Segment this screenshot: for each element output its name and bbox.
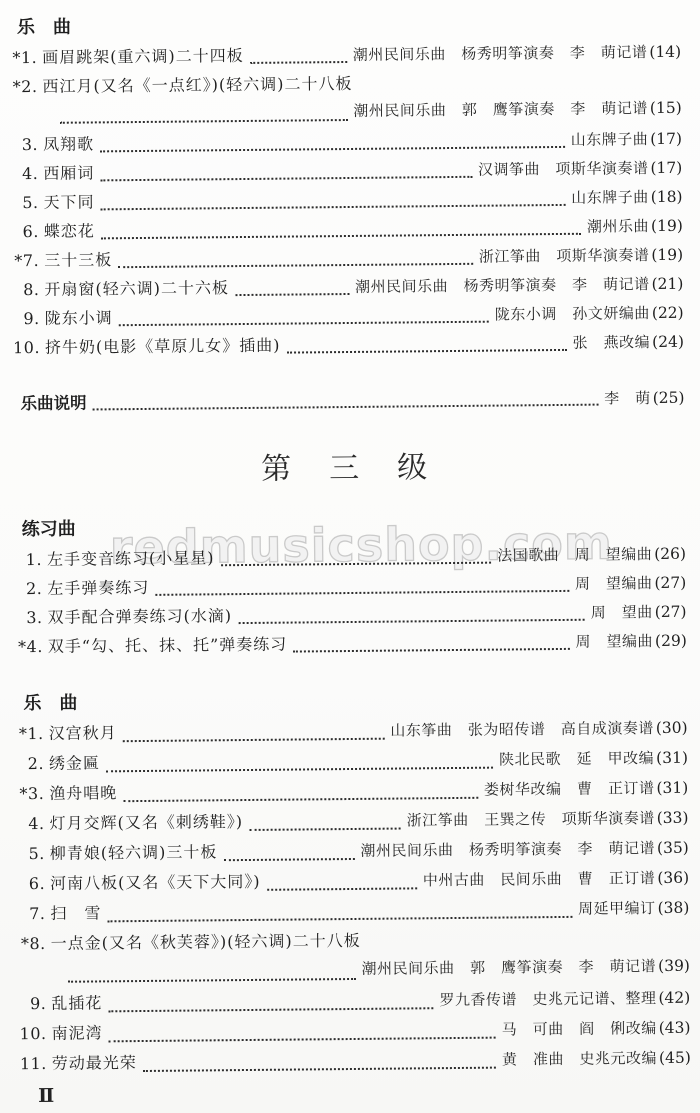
section-heading: 乐 曲 — [17, 9, 681, 41]
entry-page: (31) — [656, 779, 688, 797]
entry-number: 1. — [8, 550, 42, 569]
dot-leader — [250, 61, 347, 64]
entry-title: 陇东小调 — [45, 305, 113, 329]
entry-page: (43) — [659, 1019, 691, 1037]
section-0: 乐 曲*1.画眉跳架(重六调)二十四板潮州民间乐曲 杨秀明筝演奏 李 萌记谱(1… — [3, 9, 684, 364]
dot-leader — [155, 590, 569, 596]
dot-leader — [100, 176, 472, 182]
entry-attribution: 山东牌子曲 — [571, 128, 649, 150]
entry-attribution: 山东牌子曲 — [571, 186, 649, 208]
dot-leader — [107, 916, 572, 922]
entry-attribution: 潮州民间乐曲 杨秀明筝演奏 李 萌记谱 — [360, 837, 655, 861]
dot-leader — [108, 1007, 433, 1012]
entry-attribution: 周 望编曲 — [575, 630, 653, 652]
dot-leader — [109, 1037, 496, 1043]
page-number: Ⅱ — [38, 1085, 54, 1107]
entry-number: 5. — [4, 193, 38, 212]
entry-page: (26) — [654, 545, 686, 563]
entry-attribution: 周 望曲 — [591, 601, 653, 623]
dot-leader — [238, 619, 585, 624]
entry-number: 2. — [8, 579, 42, 598]
entry-page: (31) — [656, 749, 688, 767]
entry-title: 劳动最光荣 — [52, 1050, 137, 1074]
entry-title: 柳青娘(轻六调)三十板 — [50, 839, 218, 864]
entry-attribution: 马 可曲 阎 俐改编 — [502, 1017, 657, 1039]
entry-attribution: 山东筝曲 张为昭传谱 高自成演奏谱 — [390, 717, 654, 741]
entry-attribution: 潮州民间乐曲 杨秀明筝演奏 李 萌记谱 — [353, 41, 648, 65]
entry-number: 9. — [6, 309, 40, 328]
dot-leader — [267, 887, 417, 890]
entry-attribution: 潮州民间乐曲 郭 鹰筝演奏 李 萌记谱 — [362, 955, 657, 979]
entry-page: (42) — [658, 989, 690, 1007]
toc-entry: *4.双手“勾、托、抹、托”弹奏练习周 望编曲(29) — [9, 628, 687, 664]
entry-page: (30) — [656, 719, 688, 737]
entry-number: 3. — [8, 608, 42, 627]
entry-page: (25) — [653, 389, 685, 407]
dot-leader — [143, 1067, 496, 1072]
entry-page: (19) — [651, 217, 683, 235]
dot-leader — [293, 648, 569, 653]
entry-page: (14) — [649, 43, 681, 61]
entry-number: 9. — [12, 994, 46, 1013]
entry-number: *7. — [5, 251, 39, 270]
entry-page: (21) — [651, 275, 683, 293]
entry-title: 一点金(又名《秋芙蓉》)(轻六调)二十八板 — [51, 928, 361, 954]
entry-attribution: 潮州民间乐曲 郭 鹰筝演奏 李 萌记谱 — [353, 97, 648, 121]
section-1: 乐曲说明李 萌(25) — [6, 384, 684, 420]
section-4: 乐 曲*1.汉宫秋月山东筝曲 张为昭传谱 高自成演奏谱(30)2.绣金匾陕北民歌… — [9, 685, 691, 1081]
entry-attribution: 罗九香传谱 史兆元记谱、整理 — [439, 987, 656, 1010]
entry-page: (15) — [650, 99, 682, 117]
entry-page: (36) — [657, 869, 689, 887]
entry-number: 2. — [10, 754, 44, 773]
entry-title: 双手“勾、托、抹、托”弹奏练习 — [48, 632, 288, 657]
section-heading: 乐 曲 — [23, 685, 687, 717]
entry-attribution: 汉调筝曲 项斯华演奏谱 — [478, 157, 649, 180]
dot-leader — [249, 828, 401, 831]
entry-attribution: 陕北民歌 延 甲改编 — [499, 747, 654, 769]
entry-number: *1. — [3, 48, 37, 67]
entry-title: 左手弹奏练习 — [47, 575, 149, 599]
entry-title: 挤牛奶(电影《草原儿女》插曲) — [45, 333, 281, 358]
entry-number: *2. — [3, 77, 37, 96]
dot-leader — [123, 738, 385, 743]
dot-leader — [100, 146, 565, 152]
entry-title: 绣金匾 — [49, 750, 100, 773]
entry-page: (19) — [651, 246, 683, 264]
entry-title: 天下同 — [43, 189, 94, 212]
entry-attribution: 中州古曲 民间乐曲 曹 正订谱 — [423, 867, 656, 890]
entry-number: 3. — [4, 135, 38, 154]
entry-number: 7. — [11, 904, 45, 923]
scanned-toc-page: redmusicshop.com 乐 曲*1.画眉跳架(重六调)二十四板潮州民间… — [0, 0, 700, 1113]
entry-attribution: 浙江筝曲 项斯华演奏谱 — [479, 244, 650, 267]
toc-entry: 10.挤牛奶(电影《草原儿女》插曲)张 燕改编(24) — [6, 329, 684, 365]
toc-entry: 11.劳动最光荣黄 准曲 史兆元改编(45) — [13, 1045, 691, 1082]
dot-leader — [106, 767, 493, 773]
entry-number: 4. — [10, 814, 44, 833]
entry-title: 扫 雪 — [50, 900, 101, 923]
entry-title: 开扇窗(轻六调)二十六板 — [44, 275, 229, 300]
entry-page: (35) — [657, 839, 689, 857]
entry-attribution: 陇东小调 孙文妍编曲 — [495, 302, 650, 324]
entry-page: (39) — [658, 957, 690, 975]
section-heading: 练习曲 — [22, 511, 686, 543]
dot-leader — [93, 404, 599, 411]
entry-attribution: 李 萌 — [604, 387, 651, 408]
entry-title: 汉宫秋月 — [49, 720, 117, 744]
entry-page: (38) — [657, 899, 689, 917]
dot-leader — [118, 263, 473, 268]
entry-title: 西厢词 — [43, 160, 94, 183]
dot-leader — [123, 797, 478, 802]
entry-title: 乐曲说明 — [20, 390, 86, 415]
entry-number: 11. — [13, 1054, 47, 1073]
entry-title: 凤翔歌 — [43, 131, 94, 154]
entry-number: 6. — [5, 222, 39, 241]
entry-title: 渔舟唱晚 — [49, 780, 117, 804]
dot-leader — [60, 119, 348, 124]
entry-attribution: 浙江筝曲 王巽之传 项斯华演奏谱 — [407, 807, 655, 830]
entry-title: 河南八板(又名《天下大同》) — [50, 869, 261, 894]
entry-number: *3. — [10, 784, 44, 803]
entry-title: 蝶恋花 — [44, 218, 95, 241]
scan-tilt-wrapper: redmusicshop.com 乐 曲*1.画眉跳架(重六调)二十四板潮州民间… — [0, 0, 700, 1113]
entry-attribution: 潮州民间乐曲 杨秀明筝演奏 李 萌记谱 — [355, 273, 650, 297]
entry-attribution: 潮州乐曲 — [587, 215, 649, 237]
entry-attribution: 张 燕改编 — [573, 331, 651, 353]
section-3: 练习曲1.左手变音练习(小星星)法国歌曲 周 望编曲(26)2.左手弹奏练习周 … — [8, 511, 687, 664]
entry-page: (45) — [659, 1049, 691, 1067]
dot-leader — [68, 978, 356, 983]
entry-attribution: 黄 准曲 史兆元改编 — [502, 1047, 657, 1069]
dot-leader — [287, 349, 567, 354]
entry-page: (29) — [655, 632, 687, 650]
entry-title: 左手变音练习(小星星) — [47, 545, 215, 570]
entry-page: (27) — [654, 574, 686, 592]
dot-leader — [119, 321, 489, 327]
dot-leader — [235, 293, 349, 296]
entry-title: 南泥湾 — [51, 1020, 102, 1043]
entry-attribution: 娄树华改编 曹 正订谱 — [484, 777, 655, 800]
entry-attribution: 法国歌曲 周 望编曲 — [497, 543, 652, 565]
entry-number: *4. — [9, 637, 43, 656]
entry-attribution: 周延甲编订 — [578, 897, 656, 919]
entry-title: 灯月交辉(又名《刺绣鞋》) — [49, 809, 243, 834]
toc-content: 乐 曲*1.画眉跳架(重六调)二十四板潮州民间乐曲 杨秀明筝演奏 李 萌记谱(1… — [0, 0, 700, 1081]
entry-page: (17) — [650, 130, 682, 148]
entry-title: 西江月(又名《一点红》)(轻六调)二十八板 — [42, 71, 352, 97]
toc-entry: 乐曲说明李 萌(25) — [6, 384, 684, 420]
entry-title: 乱插花 — [51, 990, 102, 1013]
entry-attribution: 周 望编曲 — [575, 572, 653, 594]
section-2: 第 三 级 — [7, 443, 685, 496]
entry-number: 10. — [12, 1024, 46, 1043]
entry-page: (22) — [652, 304, 684, 322]
entry-title: 三十三板 — [44, 247, 112, 271]
dot-leader — [223, 858, 354, 861]
entry-number: 8. — [5, 280, 39, 299]
entry-title: 画眉跳架(重六调)二十四板 — [42, 43, 244, 68]
entry-number: *8. — [12, 934, 46, 953]
part-title: 第 三 级 — [7, 443, 685, 496]
entry-page: (17) — [650, 159, 682, 177]
dot-leader — [221, 562, 492, 567]
entry-number: 6. — [11, 874, 45, 893]
entry-number: 5. — [11, 844, 45, 863]
entry-number: *1. — [10, 724, 44, 743]
entry-page: (18) — [651, 188, 683, 206]
entry-page: (24) — [652, 333, 684, 351]
entry-title: 双手配合弹奏练习(水滴) — [47, 603, 232, 628]
entry-number: 4. — [4, 164, 38, 183]
dot-leader — [101, 233, 581, 240]
entry-page: (33) — [657, 809, 689, 827]
entry-page: (27) — [655, 603, 687, 621]
dot-leader — [101, 204, 566, 210]
entry-number: 10. — [6, 338, 40, 357]
